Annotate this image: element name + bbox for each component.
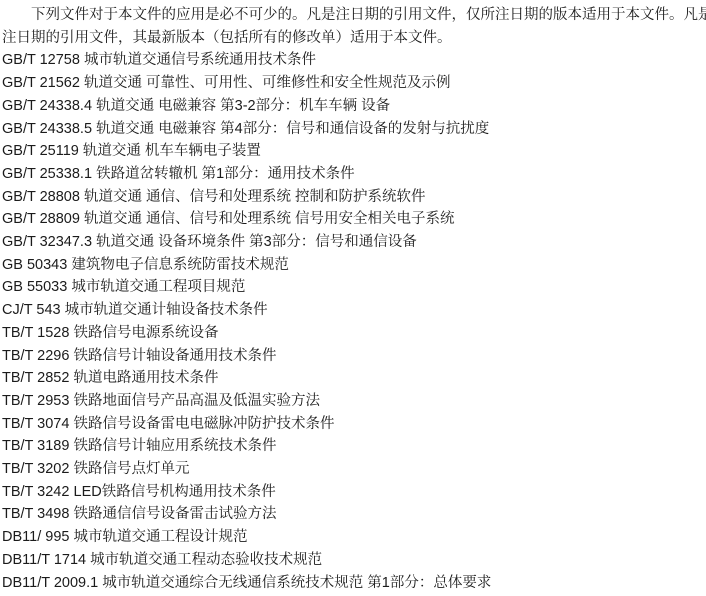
reference-code: TB/T 2852 [2, 370, 74, 386]
intro-paragraph-line-1: 下列文件对于本文件的应用是必不可少的。凡是注日期的引用文件，仅所注日期的版本适用… [2, 4, 706, 27]
reference-code: TB/T 1528 [2, 325, 74, 341]
reference-item: GB/T 25119轨道交通 机车车辆电子装置 [2, 140, 706, 163]
reference-title: 建筑物电子信息系统防雷技术规范 [71, 257, 289, 273]
reference-title: 轨道电路通用技术条件 [74, 370, 219, 386]
reference-title: LED铁路信号机构通用技术条件 [74, 484, 276, 500]
reference-title: 轨道交通 通信、信号和处理系统 信号用安全相关电子系统 [84, 211, 455, 227]
reference-title: 铁路信号设备雷电电磁脉冲防护技术条件 [74, 416, 335, 432]
reference-item: TB/T 3242LED铁路信号机构通用技术条件 [2, 481, 706, 504]
reference-item: GB/T 28809轨道交通 通信、信号和处理系统 信号用安全相关电子系统 [2, 208, 706, 231]
reference-item: TB/T 3074铁路信号设备雷电电磁脉冲防护技术条件 [2, 413, 706, 436]
reference-code: TB/T 3202 [2, 461, 74, 477]
reference-title: 轨道交通 可靠性、可用性、可维修性和安全性规范及示例 [84, 75, 451, 91]
reference-code: GB/T 25119 [2, 143, 83, 159]
reference-code: GB/T 24338.4 [2, 98, 96, 114]
reference-code: DB11/T 2009.1 [2, 575, 102, 591]
reference-code: TB/T 3189 [2, 438, 74, 454]
reference-title: 铁路信号点灯单元 [74, 461, 190, 477]
reference-title: 轨道交通 电磁兼容 第4部分：信号和通信设备的发射与抗扰度 [96, 121, 489, 137]
reference-code: GB/T 28808 [2, 189, 84, 205]
reference-code: TB/T 2296 [2, 348, 74, 364]
reference-item: CJ/T 543城市轨道交通计轴设备技术条件 [2, 299, 706, 322]
reference-item: GB/T 24338.5轨道交通 电磁兼容 第4部分：信号和通信设备的发射与抗扰… [2, 118, 706, 141]
reference-code: DB11/ 995 [2, 529, 74, 545]
reference-title: 轨道交通 电磁兼容 第3-2部分：机车车辆 设备 [96, 98, 390, 114]
reference-title: 铁路通信信号设备雷击试验方法 [74, 506, 277, 522]
reference-item: TB/T 2296铁路信号计轴设备通用技术条件 [2, 345, 706, 368]
reference-item: TB/T 2953铁路地面信号产品高温及低温实验方法 [2, 390, 706, 413]
reference-item: GB/T 25338.1铁路道岔转辙机 第1部分：通用技术条件 [2, 163, 706, 186]
intro-paragraph-line-2: 注日期的引用文件，其最新版本（包括所有的修改单）适用于本文件。 [2, 27, 706, 50]
reference-title: 铁路信号电源系统设备 [74, 325, 219, 341]
reference-title: 城市轨道交通计轴设备技术条件 [65, 302, 268, 318]
reference-title: 城市轨道交通工程动态验收技术规范 [90, 552, 322, 568]
reference-title: 城市轨道交通综合无线通信系统技术规范 第1部分：总体要求 [102, 575, 491, 591]
reference-code: TB/T 3074 [2, 416, 74, 432]
reference-code: TB/T 2953 [2, 393, 74, 409]
reference-item: TB/T 3189铁路信号计轴应用系统技术条件 [2, 435, 706, 458]
reference-code: GB 55033 [2, 279, 71, 295]
reference-item: DB11/T 1714城市轨道交通工程动态验收技术规范 [2, 549, 706, 572]
reference-code: GB/T 32347.3 [2, 234, 96, 250]
reference-item: GB/T 32347.3轨道交通 设备环境条件 第3部分：信号和通信设备 [2, 231, 706, 254]
reference-code: TB/T 3498 [2, 506, 74, 522]
reference-code: GB/T 21562 [2, 75, 84, 91]
normative-references-list: GB/T 12758城市轨道交通信号系统通用技术条件GB/T 21562轨道交通… [2, 49, 706, 594]
document-page: 下列文件对于本文件的应用是必不可少的。凡是注日期的引用文件，仅所注日期的版本适用… [0, 0, 706, 596]
reference-item: DB11/T 2009.1城市轨道交通综合无线通信系统技术规范 第1部分：总体要… [2, 572, 706, 595]
reference-title: 轨道交通 设备环境条件 第3部分：信号和通信设备 [96, 234, 417, 250]
reference-item: DB11/ 995城市轨道交通工程设计规范 [2, 526, 706, 549]
reference-item: GB 50343建筑物电子信息系统防雷技术规范 [2, 254, 706, 277]
reference-title: 城市轨道交通信号系统通用技术条件 [84, 52, 316, 68]
reference-code: TB/T 3242 [2, 484, 74, 500]
reference-item: TB/T 1528铁路信号电源系统设备 [2, 322, 706, 345]
reference-item: TB/T 3202铁路信号点灯单元 [2, 458, 706, 481]
reference-code: CJ/T 543 [2, 302, 65, 318]
reference-title: 铁路道岔转辙机 第1部分：通用技术条件 [96, 166, 355, 182]
reference-title: 铁路信号计轴应用系统技术条件 [74, 438, 277, 454]
reference-item: GB/T 21562轨道交通 可靠性、可用性、可维修性和安全性规范及示例 [2, 72, 706, 95]
reference-item: TB/T 3498铁路通信信号设备雷击试验方法 [2, 503, 706, 526]
reference-item: GB 55033城市轨道交通工程项目规范 [2, 276, 706, 299]
reference-code: GB 50343 [2, 257, 71, 273]
reference-title: 铁路地面信号产品高温及低温实验方法 [74, 393, 321, 409]
reference-title: 轨道交通 通信、信号和处理系统 控制和防护系统软件 [84, 189, 426, 205]
reference-item: GB/T 24338.4轨道交通 电磁兼容 第3-2部分：机车车辆 设备 [2, 95, 706, 118]
reference-title: 铁路信号计轴设备通用技术条件 [74, 348, 277, 364]
reference-title: 城市轨道交通工程设计规范 [74, 529, 248, 545]
reference-title: 轨道交通 机车车辆电子装置 [83, 143, 261, 159]
reference-item: TB/T 2852轨道电路通用技术条件 [2, 367, 706, 390]
reference-item: GB/T 28808轨道交通 通信、信号和处理系统 控制和防护系统软件 [2, 186, 706, 209]
reference-item: GB/T 12758城市轨道交通信号系统通用技术条件 [2, 49, 706, 72]
reference-code: GB/T 24338.5 [2, 121, 96, 137]
reference-code: GB/T 12758 [2, 52, 84, 68]
reference-code: GB/T 28809 [2, 211, 84, 227]
reference-title: 城市轨道交通工程项目规范 [71, 279, 245, 295]
reference-code: GB/T 25338.1 [2, 166, 96, 182]
reference-code: DB11/T 1714 [2, 552, 90, 568]
